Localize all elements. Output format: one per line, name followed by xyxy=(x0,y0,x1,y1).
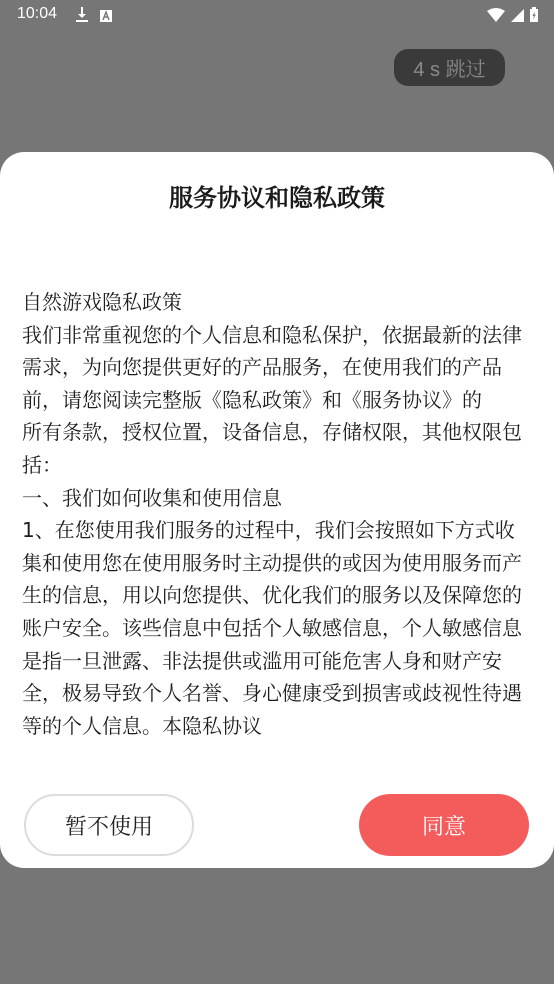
wifi-icon xyxy=(487,7,505,26)
download-icon xyxy=(76,7,88,26)
decline-button[interactable]: 暂不使用 xyxy=(24,794,194,856)
policy-paragraph: 1、在您使用我们服务的过程中，我们会按照如下方式收集和使用您在使用服务时主动提供… xyxy=(22,514,532,742)
policy-section-title: 一、我们如何收集和使用信息 xyxy=(22,482,532,515)
battery-charging-icon xyxy=(530,7,538,26)
status-bar: 10:04 xyxy=(0,0,554,30)
font-a-icon xyxy=(100,7,112,26)
policy-paragraph: 我们非常重视您的个人信息和隐私保护，依据最新的法律需求，为向您提供更好的产品服务… xyxy=(22,319,532,417)
policy-heading: 自然游戏隐私政策 xyxy=(22,286,532,319)
status-time: 10:04 xyxy=(17,5,57,23)
agree-button[interactable]: 同意 xyxy=(359,794,529,856)
policy-paragraph: 所有条款，授权位置，设备信息，存储权限，其他权限包括： xyxy=(22,416,532,481)
policy-text-scroll[interactable]: 自然游戏隐私政策 我们非常重视您的个人信息和隐私保护，依据最新的法律需求，为向您… xyxy=(22,286,532,766)
skip-button[interactable]: 4 s 跳过 xyxy=(394,49,505,86)
cell-signal-icon xyxy=(511,7,524,26)
privacy-dialog: 服务协议和隐私政策 自然游戏隐私政策 我们非常重视您的个人信息和隐私保护，依据最… xyxy=(0,152,554,868)
dialog-title: 服务协议和隐私政策 xyxy=(0,178,554,213)
